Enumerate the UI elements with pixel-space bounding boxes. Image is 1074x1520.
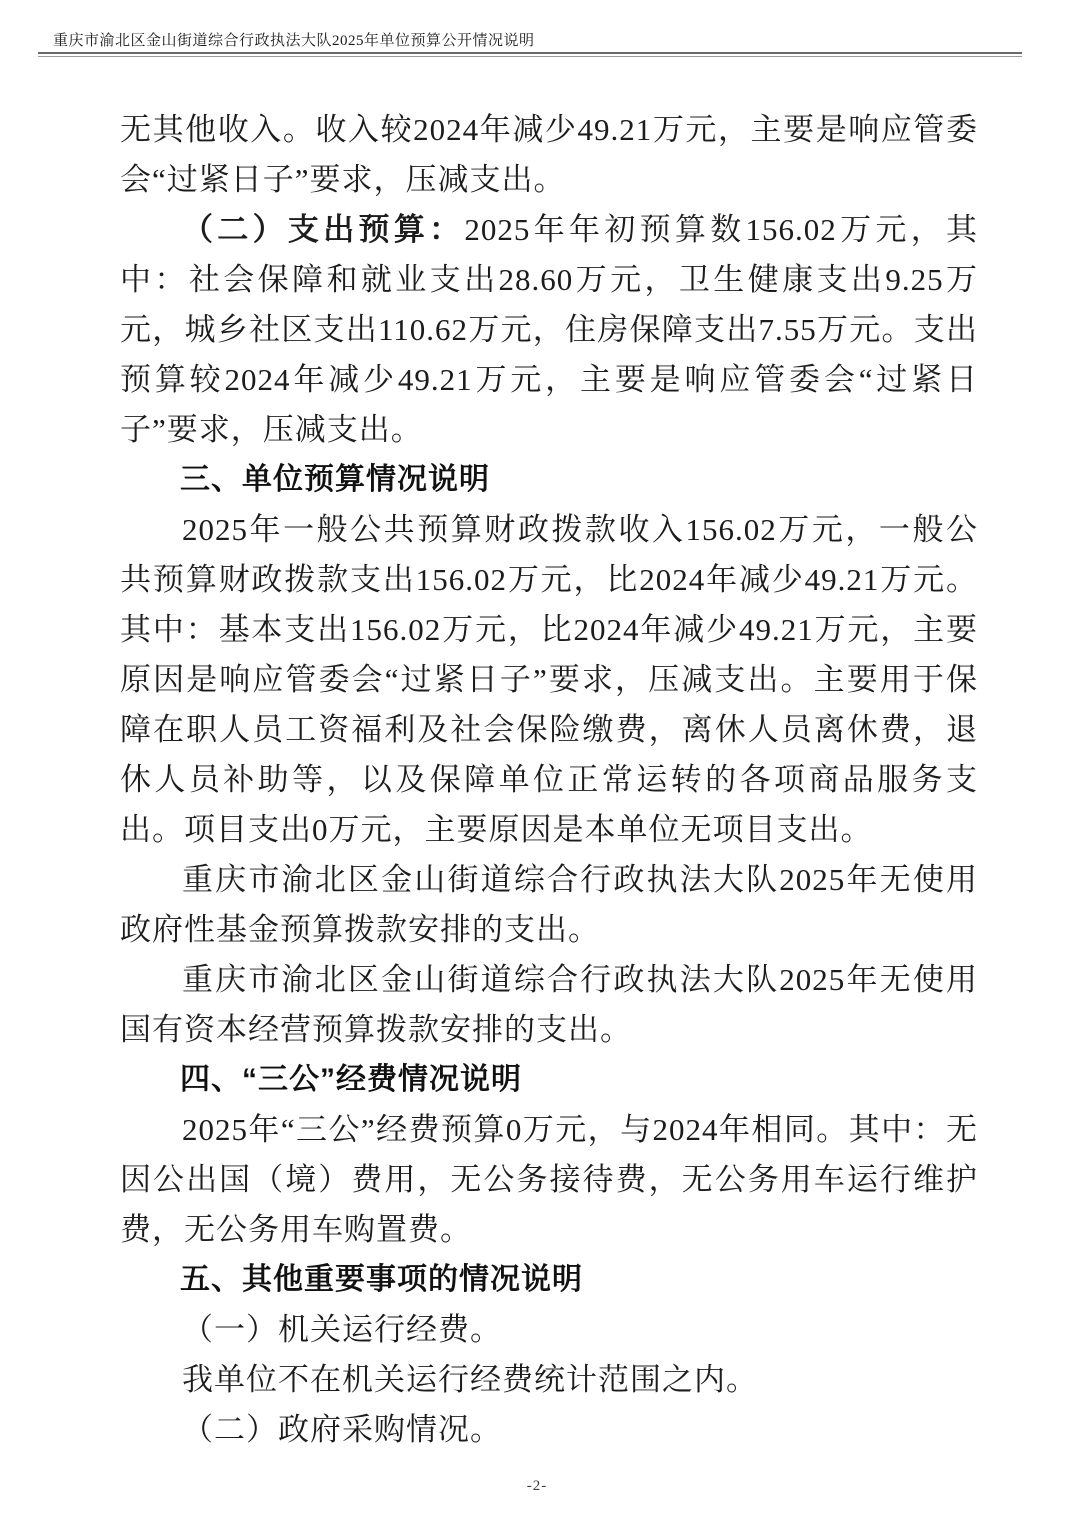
paragraph-operating-funds-note: 我单位不在机关运行经费统计范围之内。 xyxy=(120,1355,978,1405)
paragraph-no-government-fund: 重庆市渝北区金山街道综合行政执法大队2025年无使用政府性基金预算拨款安排的支出… xyxy=(120,855,978,955)
header-divider-line xyxy=(38,52,1022,57)
paragraph-expenditure-budget-body: 2025年年初预算数156.02万元，其中：社会保障和就业支出28.60万元，卫… xyxy=(120,212,978,447)
page-number: -2- xyxy=(0,1478,1074,1495)
document-page: 重庆市渝北区金山街道综合行政执法大队2025年单位预算公开情况说明 无其他收入。… xyxy=(0,0,1074,1520)
paragraph-three-public-expenses: 2025年“三公”经费预算0万元，与2024年相同。其中：无因公出国（境）费用，… xyxy=(120,1105,978,1255)
paragraph-income-continuation: 无其他收入。收入较2024年减少49.21万元，主要是响应管委会“过紧日子”要求… xyxy=(120,105,978,205)
paragraph-item-2-government-procurement: （二）政府采购情况。 xyxy=(120,1405,978,1455)
heading-section-3-unit-budget: 三、单位预算情况说明 xyxy=(120,455,978,505)
paragraph-expenditure-budget: （二）支出预算：2025年年初预算数156.02万元，其中：社会保障和就业支出2… xyxy=(120,205,978,455)
paragraph-expenditure-budget-lead: （二）支出预算： xyxy=(182,212,464,247)
running-header-title: 重庆市渝北区金山街道综合行政执法大队2025年单位预算公开情况说明 xyxy=(53,31,535,51)
heading-section-4-three-public-expenses: 四、“三公”经费情况说明 xyxy=(120,1055,978,1105)
document-body: 无其他收入。收入较2024年减少49.21万元，主要是响应管委会“过紧日子”要求… xyxy=(120,105,978,1455)
paragraph-item-1-operating-funds: （一）机关运行经费。 xyxy=(120,1305,978,1355)
paragraph-general-public-budget: 2025年一般公共预算财政拨款收入156.02万元，一般公共预算财政拨款支出15… xyxy=(120,505,978,855)
heading-section-5-other-important-matters: 五、其他重要事项的情况说明 xyxy=(120,1255,978,1305)
paragraph-no-state-capital: 重庆市渝北区金山街道综合行政执法大队2025年无使用国有资本经营预算拨款安排的支… xyxy=(120,955,978,1055)
